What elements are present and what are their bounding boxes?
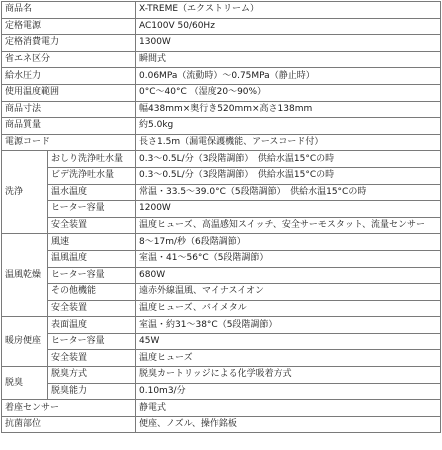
spec-value: 0.06MPa（流動時）～0.75MPa（静止時） bbox=[136, 68, 441, 85]
table-row: ヒーター容量680W bbox=[2, 267, 441, 284]
spec-sublabel: ヒーター容量 bbox=[48, 333, 136, 350]
table-row: 温水温度常温・33.5～39.0°C（5段階調節） 供給水温15°Cの時 bbox=[2, 184, 441, 201]
spec-value: 脱臭カートリッジによる化学吸着方式 bbox=[136, 367, 441, 384]
spec-value: 瞬間式 bbox=[136, 51, 441, 68]
spec-table: 商品名X-TREME（エクストリーム） 定格電源AC100V 50/60Hz 定… bbox=[1, 1, 441, 433]
spec-label: 着座センサー bbox=[2, 400, 136, 417]
spec-label: 使用温度範囲 bbox=[2, 84, 136, 101]
table-row: 暖房便座表面温度室温・約31～38°C（5段階調節） bbox=[2, 317, 441, 334]
spec-value: 遠赤外線温風、マイナスイオン bbox=[136, 284, 441, 301]
spec-sublabel: ヒーター容量 bbox=[48, 267, 136, 284]
table-row: 商品名X-TREME（エクストリーム） bbox=[2, 2, 441, 19]
spec-label: 定格電源 bbox=[2, 18, 136, 35]
spec-sublabel: 温水温度 bbox=[48, 184, 136, 201]
table-row: ヒーター容量45W bbox=[2, 333, 441, 350]
spec-sublabel: 安全装置 bbox=[48, 217, 136, 234]
table-row: 電源コード長さ1.5m（漏電保護機能、アースコード付） bbox=[2, 134, 441, 151]
spec-value: 0.3～0.5L/分（3段階調節） 供給水温15°Cの時 bbox=[136, 167, 441, 184]
spec-value: 長さ1.5m（漏電保護機能、アースコード付） bbox=[136, 134, 441, 151]
spec-sublabel: 風速 bbox=[48, 234, 136, 251]
table-row: 脱臭脱臭方式脱臭カートリッジによる化学吸着方式 bbox=[2, 367, 441, 384]
spec-value: 便座、ノズル、操作銘板 bbox=[136, 416, 441, 433]
spec-value: 室温・約31～38°C（5段階調節） bbox=[136, 317, 441, 334]
spec-sublabel: 安全装置 bbox=[48, 350, 136, 367]
table-row: 安全装置温度ヒューズ、高温感知スイッチ、安全サーモスタット、流量センサー bbox=[2, 217, 441, 234]
table-row: 安全装置温度ヒューズ、バイメタル bbox=[2, 300, 441, 317]
spec-value: 常温・33.5～39.0°C（5段階調節） 供給水温15°Cの時 bbox=[136, 184, 441, 201]
spec-value: 温度ヒューズ、バイメタル bbox=[136, 300, 441, 317]
table-row: ヒーター容量1200W bbox=[2, 201, 441, 218]
table-row: 定格消費電力1300W bbox=[2, 35, 441, 52]
group-label-dryer: 温風乾燥 bbox=[2, 234, 48, 317]
spec-sublabel: 温風温度 bbox=[48, 250, 136, 267]
spec-value: 室温・41～56°C（5段階調節） bbox=[136, 250, 441, 267]
table-row: 使用温度範囲0°C～40°C （湿度20～90%） bbox=[2, 84, 441, 101]
spec-value: 45W bbox=[136, 333, 441, 350]
spec-sublabel: ビデ洗浄吐水量 bbox=[48, 167, 136, 184]
table-row: 給水圧力0.06MPa（流動時）～0.75MPa（静止時） bbox=[2, 68, 441, 85]
spec-sublabel: その他機能 bbox=[48, 284, 136, 301]
table-row: 脱臭能力0.10m3/分 bbox=[2, 383, 441, 400]
spec-label: 給水圧力 bbox=[2, 68, 136, 85]
spec-value: 680W bbox=[136, 267, 441, 284]
table-row: 定格電源AC100V 50/60Hz bbox=[2, 18, 441, 35]
spec-value: 0.10m3/分 bbox=[136, 383, 441, 400]
spec-value: 1300W bbox=[136, 35, 441, 52]
spec-value: AC100V 50/60Hz bbox=[136, 18, 441, 35]
table-row: 洗浄おしり洗浄吐水量0.3～0.5L/分（3段階調節） 供給水温15°Cの時 bbox=[2, 151, 441, 168]
spec-value: 0°C～40°C （湿度20～90%） bbox=[136, 84, 441, 101]
table-row: 省エネ区分瞬間式 bbox=[2, 51, 441, 68]
spec-value: X-TREME（エクストリーム） bbox=[136, 2, 441, 19]
spec-value: 温度ヒューズ bbox=[136, 350, 441, 367]
spec-sublabel: 脱臭方式 bbox=[48, 367, 136, 384]
spec-sublabel: 表面温度 bbox=[48, 317, 136, 334]
spec-label: 抗菌部位 bbox=[2, 416, 136, 433]
spec-label: 商品質量 bbox=[2, 118, 136, 135]
spec-sublabel: おしり洗浄吐水量 bbox=[48, 151, 136, 168]
spec-value: 8～17m/秒（6段階調節） bbox=[136, 234, 441, 251]
spec-label: 省エネ区分 bbox=[2, 51, 136, 68]
spec-value: 温度ヒューズ、高温感知スイッチ、安全サーモスタット、流量センサー bbox=[136, 217, 441, 234]
table-row: 温風乾燥風速8～17m/秒（6段階調節） bbox=[2, 234, 441, 251]
spec-value: 約5.0kg bbox=[136, 118, 441, 135]
spec-label: 電源コード bbox=[2, 134, 136, 151]
group-label-deodorize: 脱臭 bbox=[2, 367, 48, 400]
table-row: 商品質量約5.0kg bbox=[2, 118, 441, 135]
table-row: 商品寸法幅438mm×奥行き520mm×高さ138mm bbox=[2, 101, 441, 118]
table-row: その他機能遠赤外線温風、マイナスイオン bbox=[2, 284, 441, 301]
spec-value: 0.3～0.5L/分（3段階調節） 供給水温15°Cの時 bbox=[136, 151, 441, 168]
table-row: 温風温度室温・41～56°C（5段階調節） bbox=[2, 250, 441, 267]
table-row: 安全装置温度ヒューズ bbox=[2, 350, 441, 367]
group-label-heated-seat: 暖房便座 bbox=[2, 317, 48, 367]
spec-value: 1200W bbox=[136, 201, 441, 218]
spec-value: 静電式 bbox=[136, 400, 441, 417]
table-row: 抗菌部位便座、ノズル、操作銘板 bbox=[2, 416, 441, 433]
spec-value: 幅438mm×奥行き520mm×高さ138mm bbox=[136, 101, 441, 118]
group-label-wash: 洗浄 bbox=[2, 151, 48, 234]
spec-label: 商品寸法 bbox=[2, 101, 136, 118]
spec-sublabel: ヒーター容量 bbox=[48, 201, 136, 218]
table-row: 着座センサー静電式 bbox=[2, 400, 441, 417]
spec-sublabel: 安全装置 bbox=[48, 300, 136, 317]
table-row: ビデ洗浄吐水量0.3～0.5L/分（3段階調節） 供給水温15°Cの時 bbox=[2, 167, 441, 184]
spec-sublabel: 脱臭能力 bbox=[48, 383, 136, 400]
spec-label: 商品名 bbox=[2, 2, 136, 19]
spec-label: 定格消費電力 bbox=[2, 35, 136, 52]
